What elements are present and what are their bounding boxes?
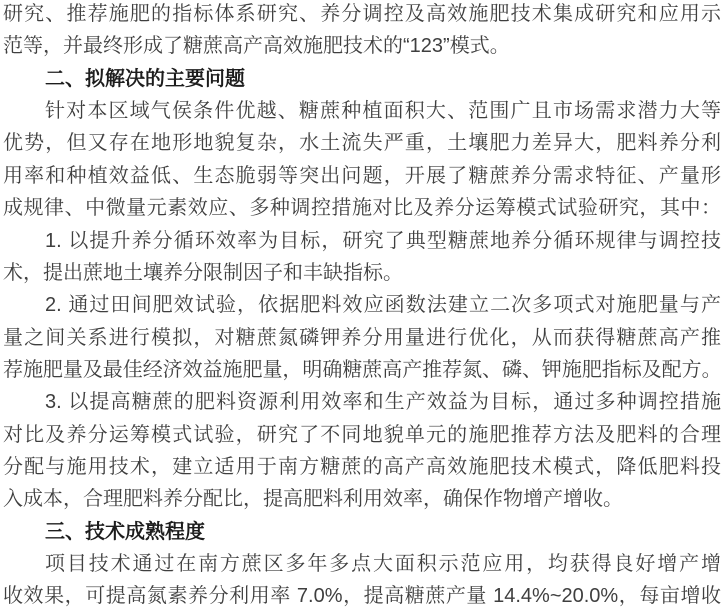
text-line-item-3: 3. 以提高糖蔗的肥料资源利用效率和生产效益为目标，通过多种调控措施 [0,386,724,418]
text-line: 荐施肥量及最佳经济效益施肥量，明确糖蔗高产推荐氮、磷、钾施肥指标及配方。 [0,354,724,386]
heading-problems-to-solve: 二、拟解决的主要问题 [0,63,724,95]
text-line: 优势，但又存在地形地貌复杂，水土流失严重，土壤肥力差异大，肥料养分利 [0,127,724,159]
text-line: 项目技术通过在南方蔗区多年多点大面积示范应用，均获得良好增产增 [0,548,724,580]
text-line: 针对本区域气侯条件优越、糖蔗种植面积大、范围广且市场需求潜力大等 [0,95,724,127]
text-line: 研究、推荐施肥的指标体系研究、养分调控及高效施肥技术集成研究和应用示 [0,0,724,30]
text-line: 成规律、中微量元素效应、多种调控措施对比及养分运筹模式试验研究，其中： [0,192,724,224]
text-line-item-2: 2. 通过田间肥效试验，依据肥料效应函数法建立二次多项式对施肥量与产 [0,289,724,321]
text-line: 量之间关系进行模拟，对糖蔗氮磷钾养分用量进行优化，从而获得糖蔗高产推 [0,322,724,354]
text-line: 用率和种植效益低、生态脆弱等突出问题，开展了糖蔗养分需求特征、产量形 [0,160,724,192]
document-page: 研究、推荐施肥的指标体系研究、养分调控及高效施肥技术集成研究和应用示 范等，并最… [0,0,724,613]
text-line: 对比及养分运筹模式试验，研究了不同地貌单元的施肥推荐方法及肥料的合理 [0,419,724,451]
text-line: 分配与施用技术，建立适用于南方糖蔗的高产高效施肥技术模式，降低肥料投 [0,451,724,483]
text-line: 术，提出蔗地土壤养分限制因子和丰缺指标。 [0,257,724,289]
text-line: 收效果，可提高氮素养分利用率 7.0%，提高糖蔗产量 14.4%~20.0%，每… [0,580,724,612]
text-line-item-1: 1. 以提升养分循环效率为目标，研究了典型糖蔗地养分循环规律与调控技 [0,225,724,257]
heading-technical-maturity: 三、技术成熟程度 [0,516,724,548]
text-line: 入成本，合理肥料养分配比，提高肥料利用效率，确保作物增产增收。 [0,483,724,515]
text-line: 范等，并最终形成了糖蔗高产高效施肥技术的“123”模式。 [0,30,724,62]
